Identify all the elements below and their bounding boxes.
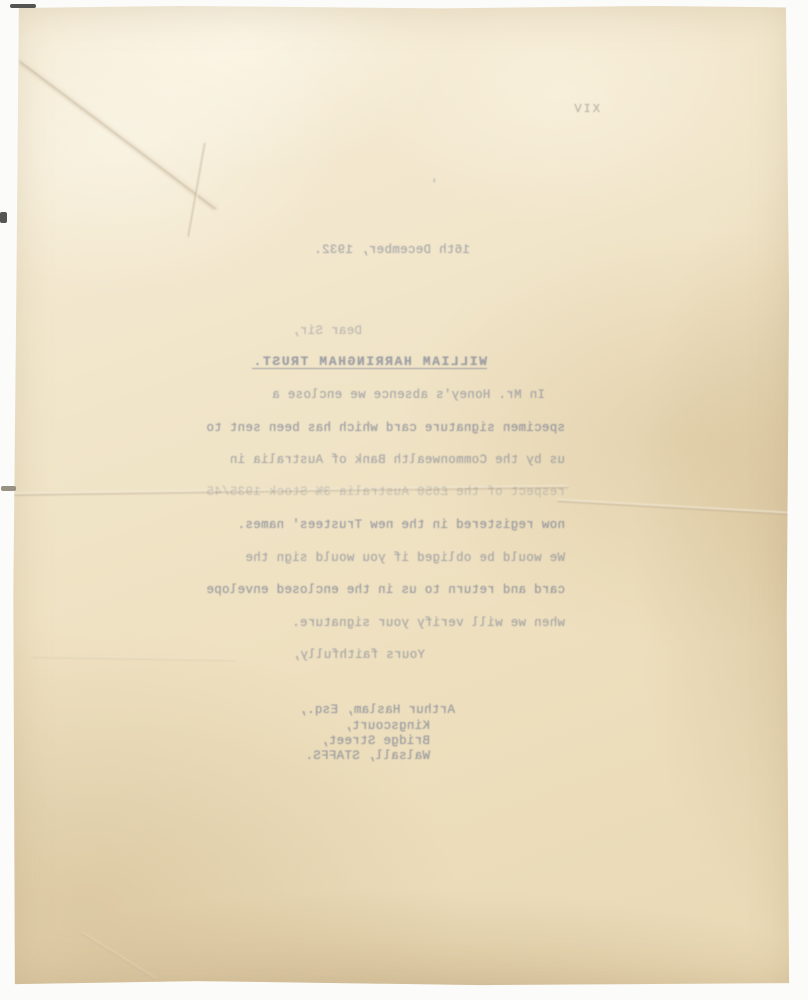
body-line: specimen signature card which has been s… (206, 421, 565, 435)
recipient-line: Walsall, STAFFS. (305, 749, 430, 763)
body-line: respect of the £650 Australia 3% Stock 1… (206, 485, 565, 499)
letter-heading: WILLIAM HARRINGHAM TRUST. (252, 354, 487, 369)
body-line: now registered in the new Trustees' name… (237, 518, 565, 532)
pencil-annotation: XIV (572, 102, 600, 116)
body-line: us by the Commonwealth Bank of Australia… (230, 453, 565, 467)
stray-mark: ' (430, 178, 438, 192)
salutation: Dear Sir, (292, 324, 362, 338)
closing-line: Yours faithfully, (292, 648, 425, 662)
body-line: In Mr. Honey's absence we enclose a (272, 388, 545, 402)
recipient-line: Arthur Haslam, Esq., (299, 703, 455, 717)
mirrored-text-layer: XIV ' 16th December, 1932. Dear Sir, WIL… (0, 0, 808, 1000)
body-line: We would be obliged if you would sign th… (245, 551, 565, 565)
recipient-line: Kingscourt, (344, 719, 430, 733)
body-line: when we will verify your signature. (292, 616, 565, 630)
date-line: 16th December, 1932. (314, 243, 470, 257)
scan-background: XIV ' 16th December, 1932. Dear Sir, WIL… (0, 0, 808, 1000)
recipient-line: Bridge Street, (321, 734, 430, 748)
body-line: card and return to us in the enclosed en… (206, 583, 565, 597)
